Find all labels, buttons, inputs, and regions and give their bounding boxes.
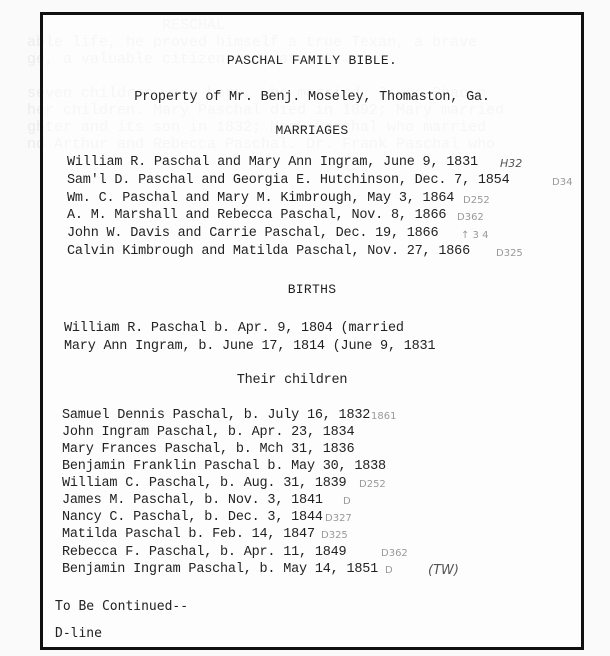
margin-note: D327 [325,513,352,524]
margin-note: D325 [321,530,348,541]
marriage-entry: A. M. Marshall and Rebecca Paschal, Nov.… [67,208,446,223]
scanned-page: RESCHAL able life, he proved himself a t… [0,0,610,656]
margin-note: 1861 [371,411,396,422]
child-birth-entry: Benjamin Franklin Paschal b. May 30, 183… [62,459,386,474]
margin-note: H32 [500,157,522,170]
births-heading: BIRTHS [43,282,581,297]
child-birth-entry: Nancy C. Paschal, b. Dec. 3, 1844 [62,510,323,525]
marriages-heading: MARRIAGES [43,123,581,138]
handwritten-initials: (TW) [428,563,459,578]
document-frame: PASCHAL FAMILY BIBLE. Property of Mr. Be… [40,12,584,650]
parent-birth-line: Mary Ann Ingram, b. June 17, 1814 (June … [64,339,435,354]
margin-note: D362 [457,212,484,223]
child-birth-entry: Matilda Paschal b. Feb. 14, 1847 [62,527,315,542]
source-label: D-line [55,626,102,641]
children-heading: Their children [23,373,561,388]
margin-note: D252 [463,195,490,206]
child-birth-entry: John Ingram Paschal, b. Apr. 23, 1834 [62,425,354,440]
marriage-entry: Calvin Kimbrough and Matilda Paschal, No… [67,244,470,259]
marriage-entry: William R. Paschal and Mary Ann Ingram, … [67,155,478,170]
margin-note: D [385,565,393,576]
margin-note: D [343,496,351,507]
margin-note: D34 [552,177,572,188]
document-title: PASCHAL FAMILY BIBLE. [43,53,581,68]
child-birth-entry: Mary Frances Paschal, b. Mch 31, 1836 [62,442,354,457]
child-birth-entry: William C. Paschal, b. Aug. 31, 1839 [62,476,346,491]
child-birth-entry: Samuel Dennis Paschal, b. July 16, 1832 [62,408,370,423]
child-birth-entry: Rebecca F. Paschal, b. Apr. 11, 1849 [62,545,346,560]
child-birth-entry: James M. Paschal, b. Nov. 3, 1841 [62,493,323,508]
marriage-entry: Sam'l D. Paschal and Georgia E. Hutchins… [67,173,509,188]
child-birth-entry: Benjamin Ingram Paschal, b. May 14, 1851 [62,562,378,577]
marriage-entry: John W. Davis and Carrie Paschal, Dec. 1… [67,226,438,241]
margin-note: D362 [381,548,408,559]
parent-birth-line: William R. Paschal b. Apr. 9, 1804 (marr… [64,321,404,336]
continued-note: To Be Continued-- [55,599,188,614]
marriage-entry: Wm. C. Paschal and Mary M. Kimbrough, Ma… [67,191,454,206]
margin-note: D252 [359,479,386,490]
margin-note: D325 [496,248,523,259]
margin-note: ↑ 3 4 [461,230,488,241]
property-line: Property of Mr. Benj. Moseley, Thomaston… [43,90,581,105]
